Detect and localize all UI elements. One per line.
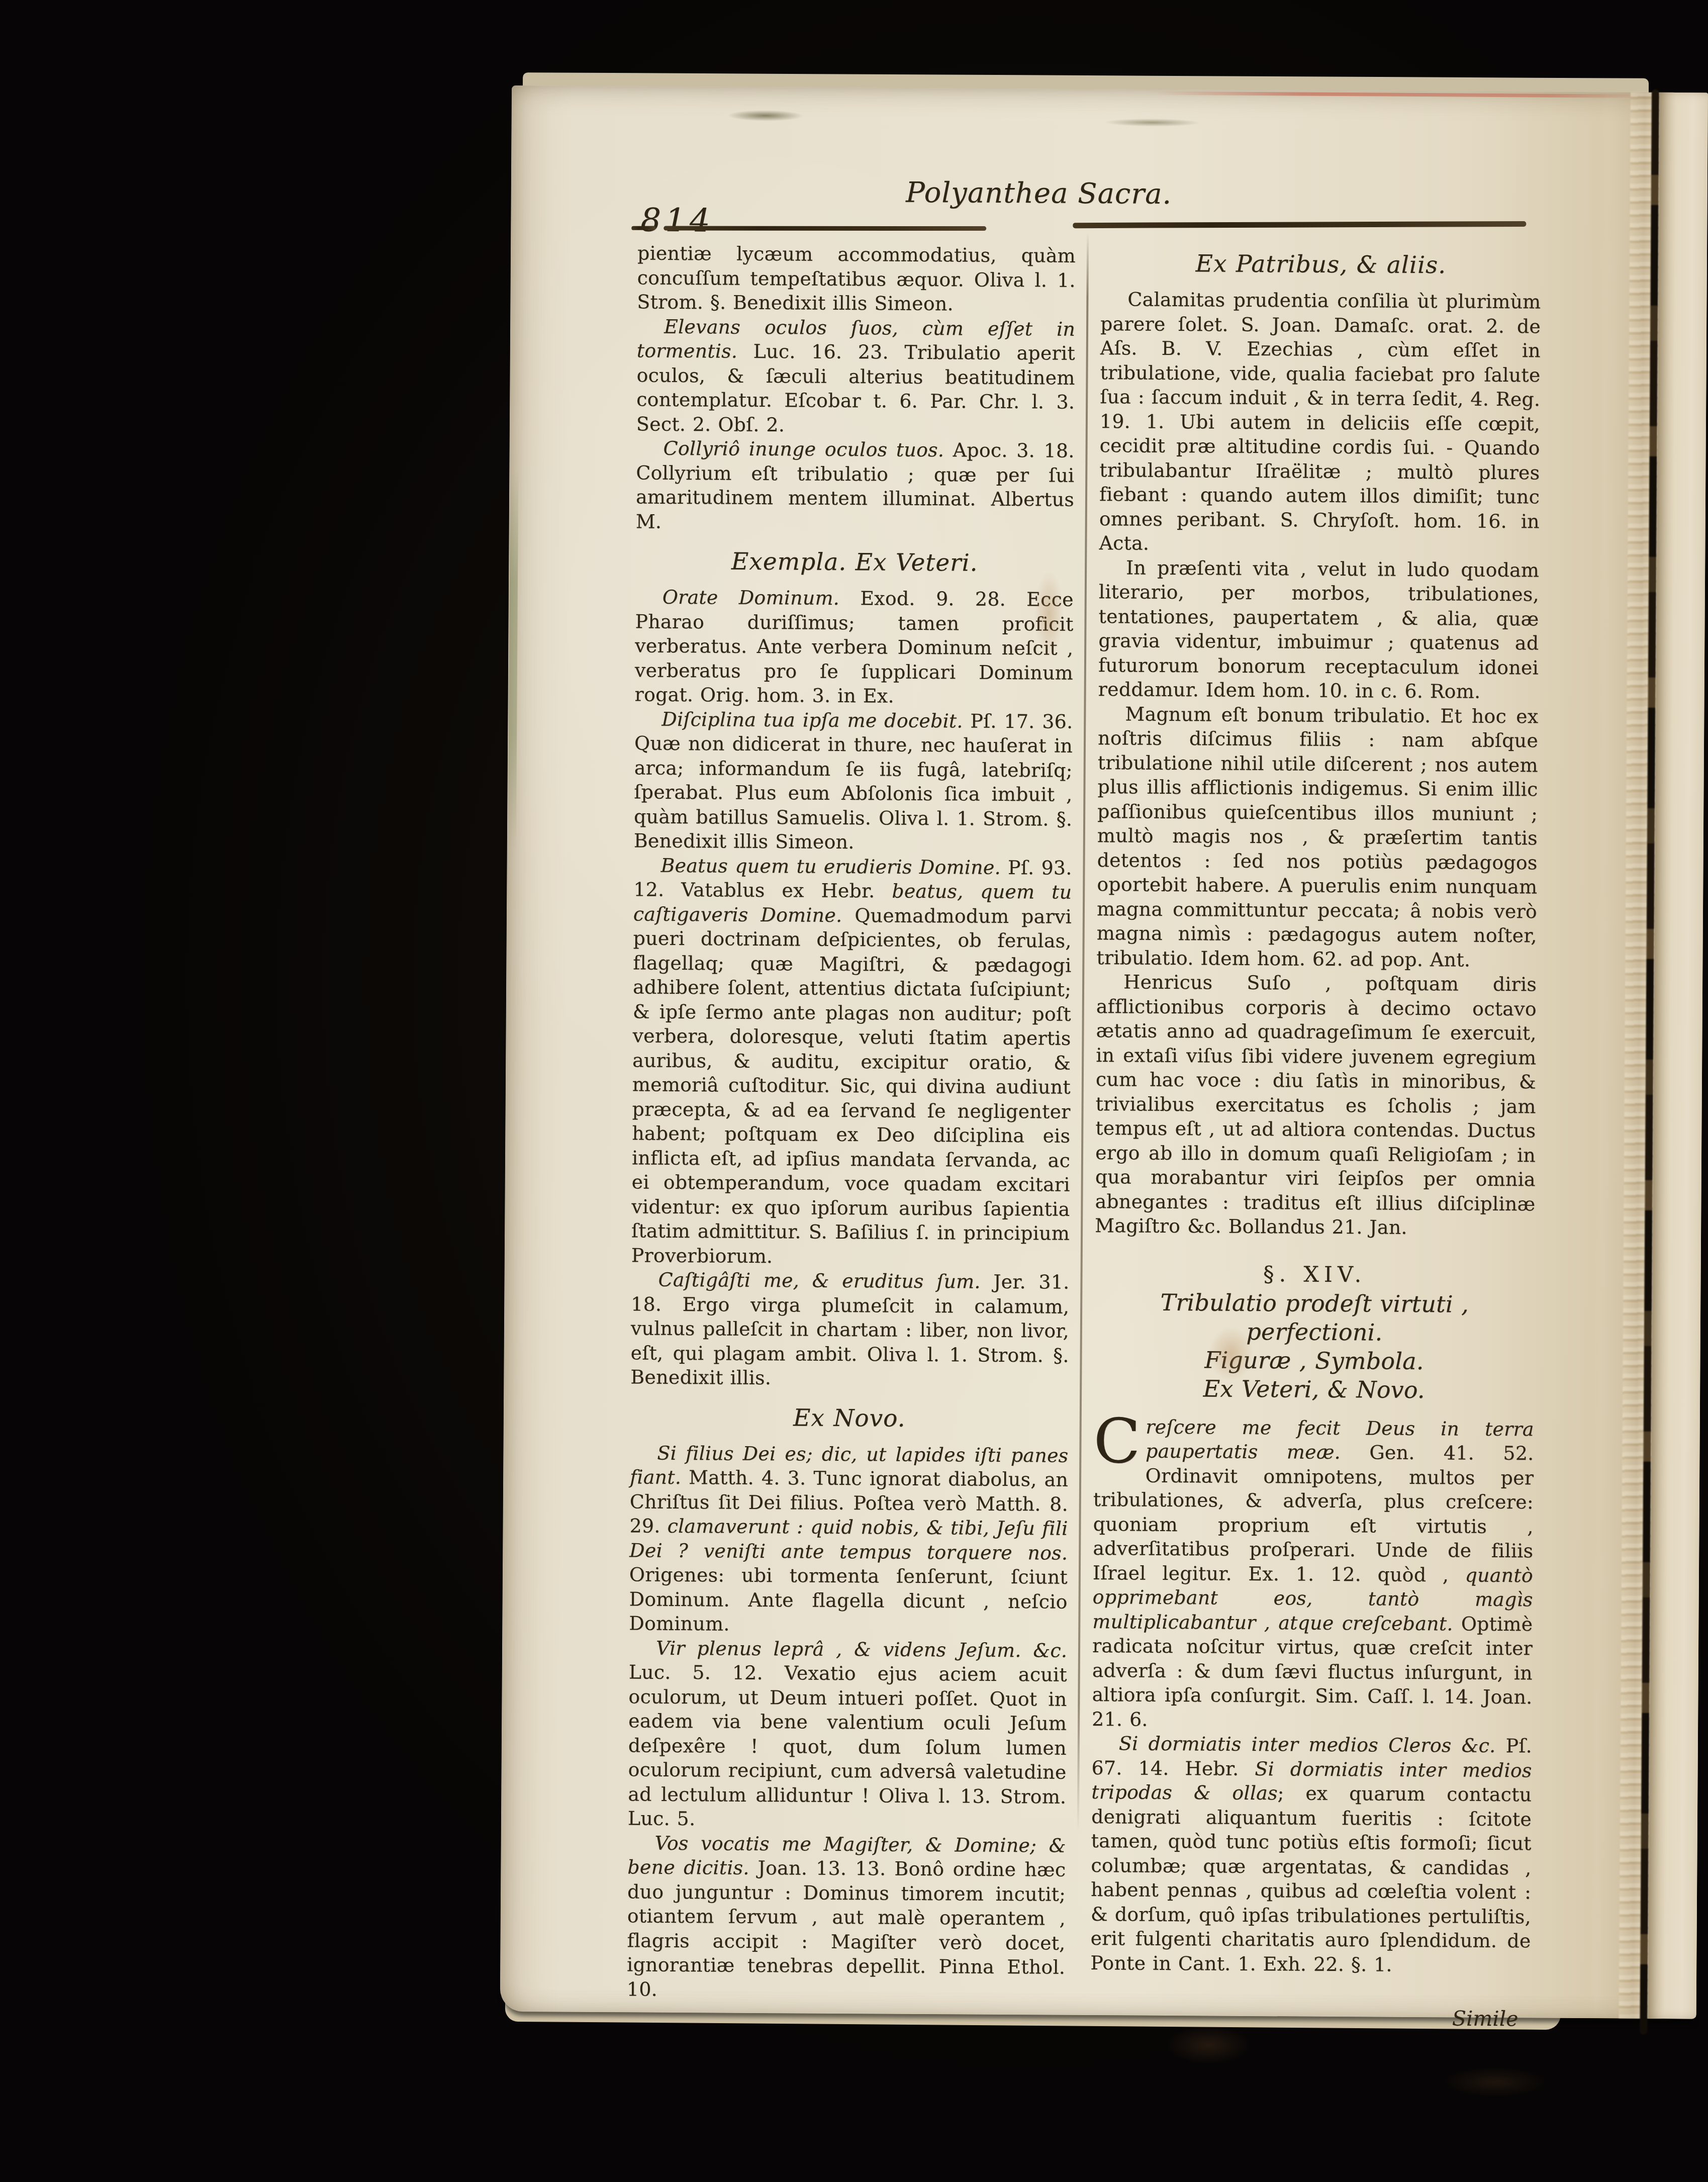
running-title: Polyanthea Sacra. xyxy=(863,176,1215,211)
paragraph: Collyriô inunge oculos tuos. Apoc. 3. 18… xyxy=(636,436,1075,536)
paragraph: Caſtigâſti me, & eruditus ſum. Jer. 31. … xyxy=(630,1267,1069,1392)
header-rule-left xyxy=(663,226,986,231)
paragraph: Creſcere me fecit Deus in terra pauperta… xyxy=(1092,1414,1534,1734)
stain xyxy=(1425,2061,1565,2103)
section-heading: Ex Patribus, & aliis. xyxy=(1101,250,1541,279)
book-page: 814 Polyanthea Sacra. pientiæ lycæum acc… xyxy=(500,85,1708,2019)
section-line: §. XIV. xyxy=(1094,1259,1535,1290)
paragraph: Henricus Suſo , poſtquam diris afflictio… xyxy=(1095,970,1537,1241)
paragraph: Si filius Dei es; dic, ut lapides iſti p… xyxy=(629,1441,1068,1638)
book-cover-edge xyxy=(508,467,519,849)
section-line: Ex Veteri, & Novo. xyxy=(1094,1374,1534,1405)
header-rule-dash xyxy=(631,226,655,230)
page-number: 814 xyxy=(640,202,714,240)
text-column-left: pientiæ lycæum accommodatius, quàm concu… xyxy=(627,241,1076,2004)
paragraph: pientiæ lycæum accommodatius, quàm concu… xyxy=(637,241,1076,317)
red-sprinkled-edge xyxy=(1155,91,1648,98)
paragraph: Vir plenus leprâ , & videns Jeſum. &c. L… xyxy=(628,1636,1067,1833)
stain xyxy=(728,110,803,122)
stain xyxy=(1105,118,1200,127)
paragraph: Si dormiatis inter medios Cleros &c. Pſ.… xyxy=(1090,1731,1532,1977)
stain xyxy=(1199,1316,1263,1392)
section-block: §. XIV.Tribulatio prodeſt virtuti , perf… xyxy=(1094,1259,1535,1405)
scan-background: { "header": { "page_number": "814", "run… xyxy=(0,0,1708,2182)
section-line: Figuræ , Symbola. xyxy=(1094,1345,1534,1376)
section-line: Tribulatio prodeſt virtuti , perfectioni… xyxy=(1094,1288,1535,1348)
drop-cap: C xyxy=(1093,1414,1146,1466)
paragraph: Beatus quem tu erudieris Domine. Pſ. 93.… xyxy=(631,853,1072,1270)
paragraph: In præſenti vita , velut in ludo quodam … xyxy=(1098,555,1540,704)
paragraph: Calamitas prudentia conſilia ùt plurimùm… xyxy=(1099,287,1541,558)
text-column-right: Ex Patribus, & aliis.Calamitas prudentia… xyxy=(1090,236,1541,2031)
column-divider xyxy=(1077,233,1089,1831)
header-rule-right xyxy=(1073,221,1526,228)
section-heading: Exempla. Ex Veteri. xyxy=(635,548,1074,578)
catchword: Simile xyxy=(1090,2004,1530,2031)
stain xyxy=(1153,2020,1264,2070)
paragraph: Magnum eſt bonum tribulatio. Et hoc ex n… xyxy=(1096,702,1538,973)
paragraph: Vos vocatis me Magiſter, & Domine; & ben… xyxy=(627,1831,1066,2004)
paragraph: Diſciplina tua ipſa me docebit. Pſ. 17. … xyxy=(634,707,1073,856)
section-heading: Ex Novo. xyxy=(630,1403,1069,1433)
paragraph: Elevans oculos ſuos, cùm eſſet in tormen… xyxy=(636,314,1075,439)
paragraph: Orate Dominum. Exod. 9. 28. Ecce Pharao … xyxy=(634,585,1073,710)
